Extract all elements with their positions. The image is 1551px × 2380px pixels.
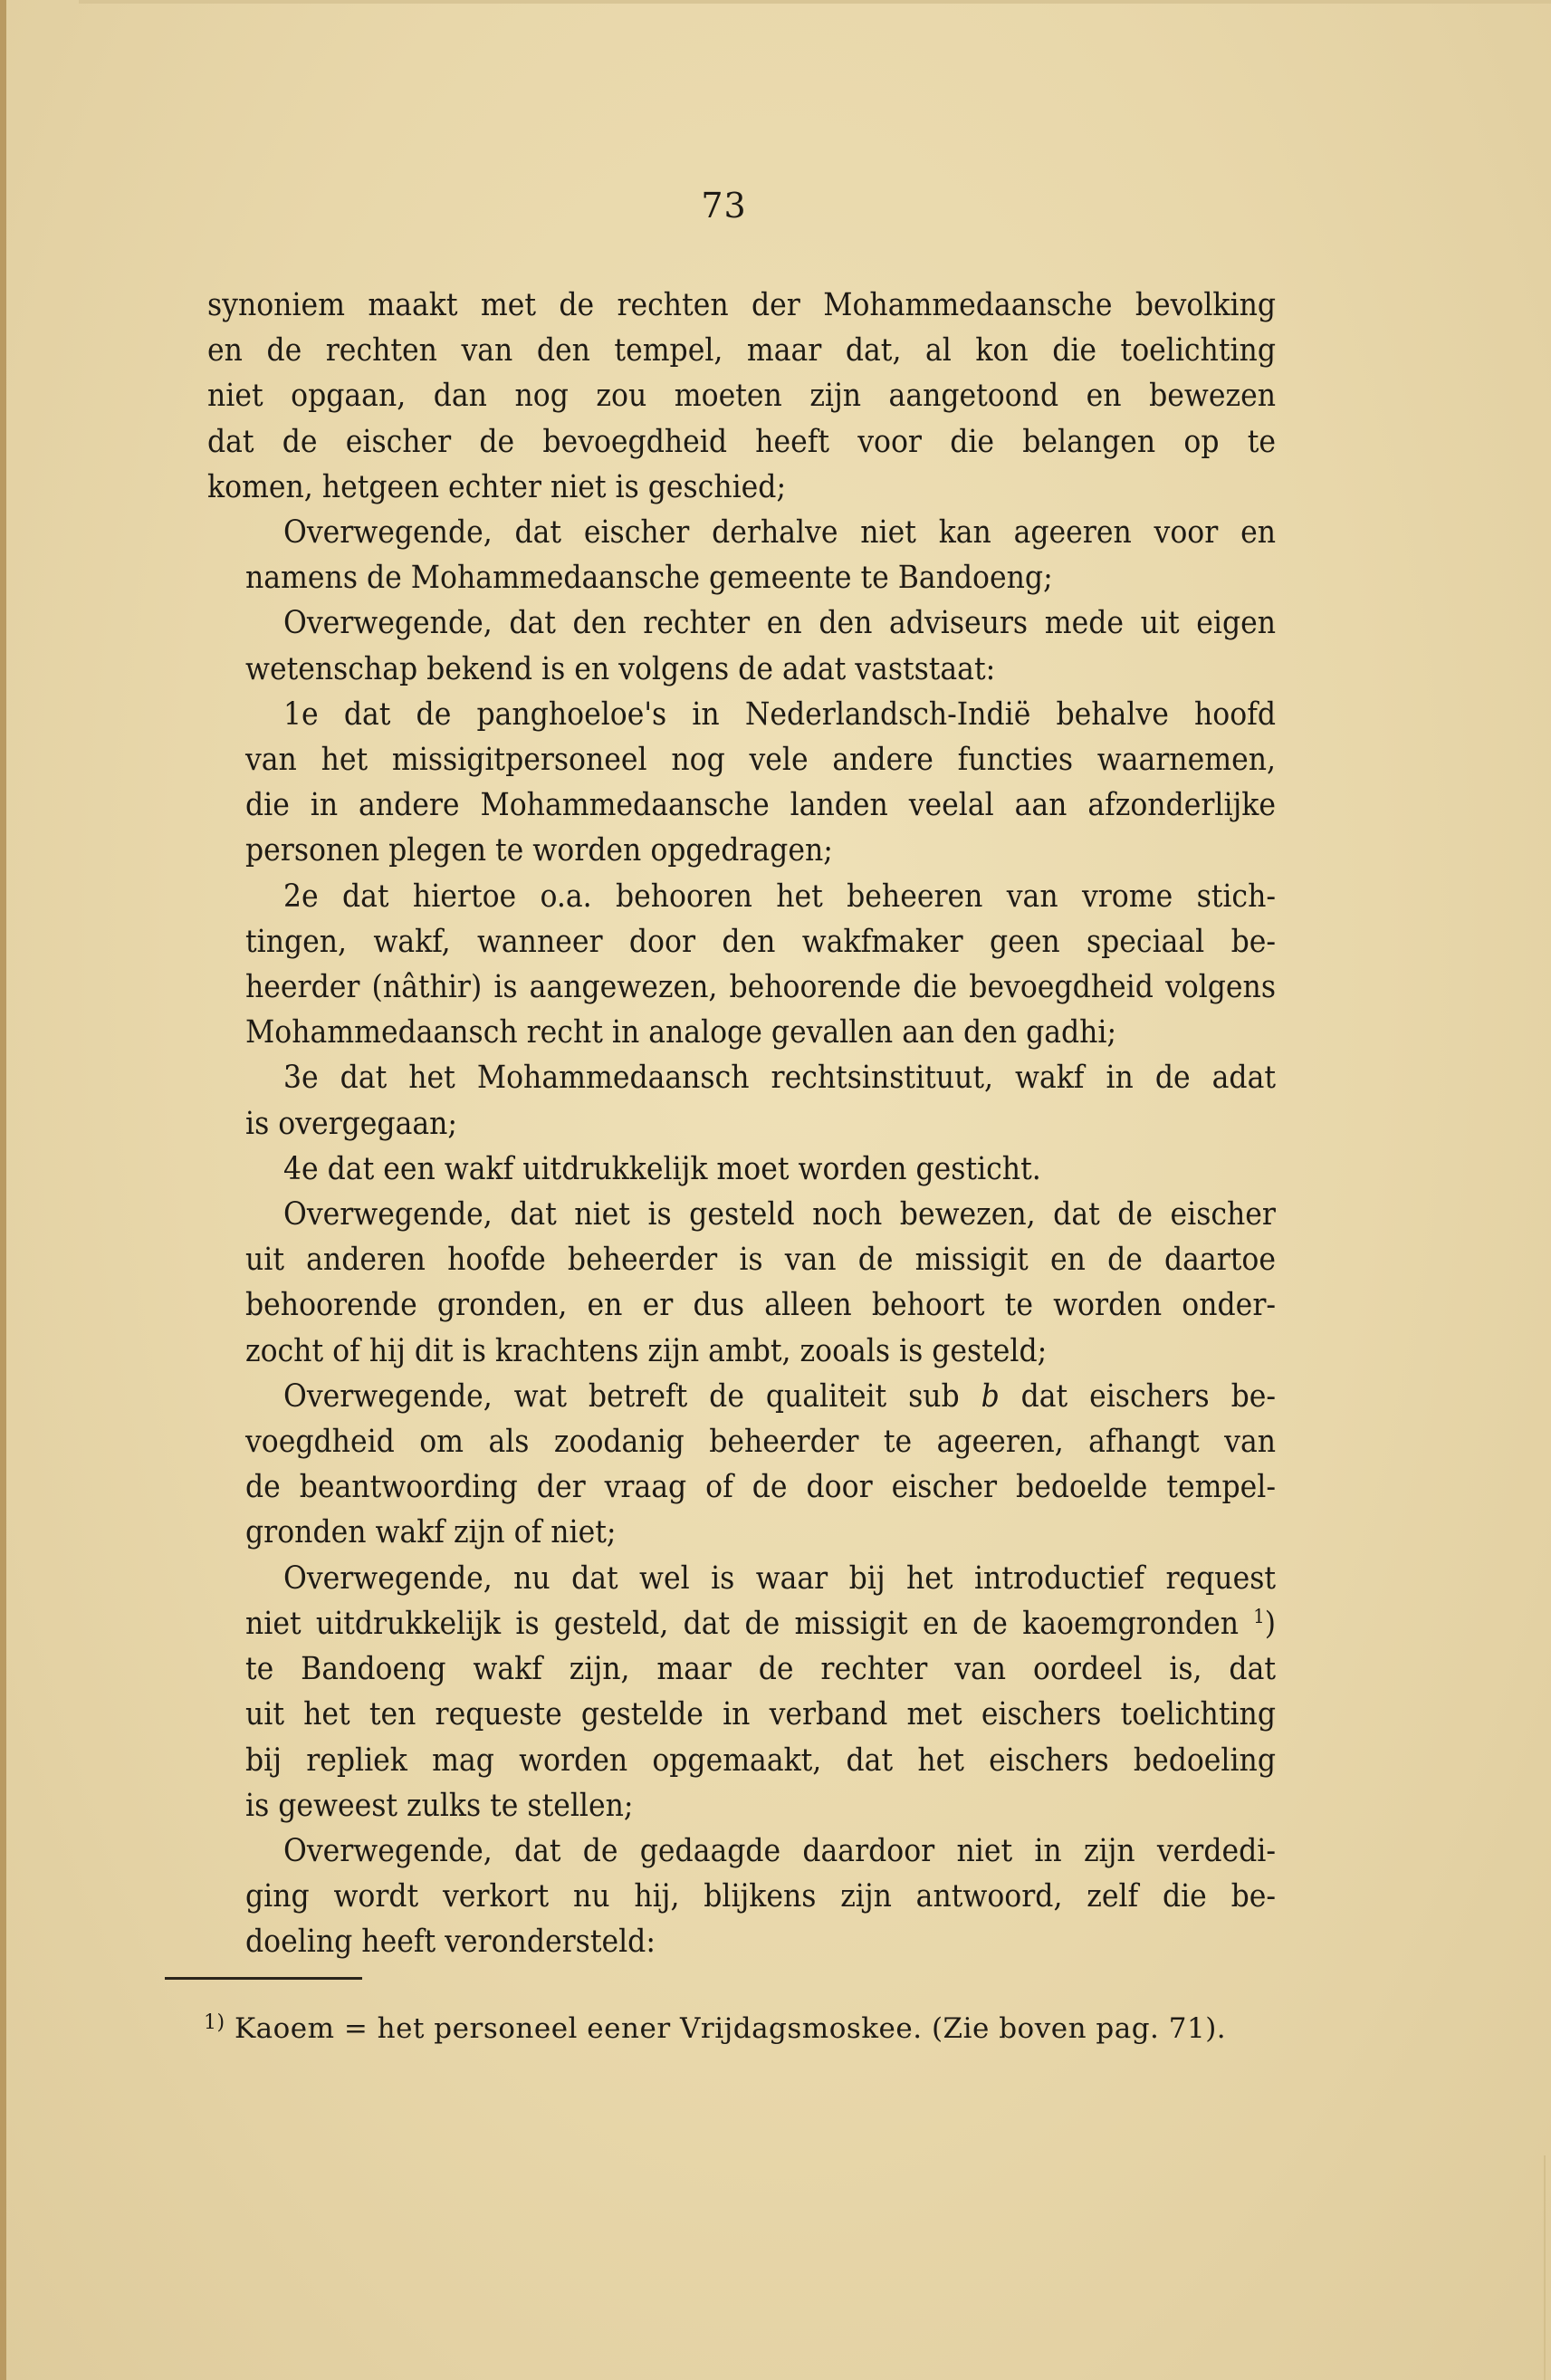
text-line: de beantwoording der vraag of de door ei… bbox=[207, 1464, 1276, 1510]
paragraph: Overwegende, dat den rechter en den advi… bbox=[207, 600, 1276, 691]
page-number: 73 bbox=[6, 186, 1441, 226]
paragraph: synoniem maakt met de rechten der Mohamm… bbox=[207, 283, 1276, 510]
text-line: 2e dat hiertoe o.a. behooren het beheere… bbox=[207, 874, 1276, 919]
text-line: 1e dat de panghoeloe's in Nederlandsch-I… bbox=[207, 692, 1276, 737]
text-line: is overgegaan; bbox=[207, 1101, 1276, 1147]
text-line: bij repliek mag worden opgemaakt, dat he… bbox=[207, 1738, 1276, 1783]
text-line: namens de Mohammedaansche gemeente te Ba… bbox=[207, 555, 1276, 600]
book-page: 73 synoniem maakt met de rechten der Moh… bbox=[0, 0, 1551, 2380]
text-line: dat de eischer de bevoegdheid heeft voor… bbox=[207, 419, 1276, 465]
text-line: synoniem maakt met de rechten der Mohamm… bbox=[207, 283, 1276, 328]
footnote-text: Kaoem = het personeel eener Vrijdagsmosk… bbox=[235, 2012, 1226, 2045]
paragraph: Overwegende, dat de gedaagde daardoor ni… bbox=[207, 1828, 1276, 1965]
footnote: 1) Kaoem = het personeel eener Vrijdagsm… bbox=[204, 2005, 1281, 2047]
text-line: die in andere Mohammedaansche landen vee… bbox=[207, 782, 1276, 828]
text-line: niet opgaan, dan nog zou moeten zijn aan… bbox=[207, 373, 1276, 418]
paragraph: 2e dat hiertoe o.a. behooren het beheere… bbox=[207, 874, 1276, 1056]
body-text: synoniem maakt met de rechten der Mohamm… bbox=[207, 283, 1276, 1965]
text-line: voegdheid om als zoodanig beheerder te a… bbox=[207, 1419, 1276, 1464]
text-line: wetenschap bekend is en volgens de adat … bbox=[207, 647, 1276, 692]
paragraph: Overwegende, dat eischer derhalve niet k… bbox=[207, 510, 1276, 600]
page-right-edge bbox=[1544, 2155, 1546, 2380]
text-line: Overwegende, dat eischer derhalve niet k… bbox=[207, 510, 1276, 555]
text-line: Overwegende, dat den rechter en den advi… bbox=[207, 600, 1276, 646]
text-line: niet uitdrukkelijk is gesteld, dat de mi… bbox=[207, 1601, 1276, 1646]
text-line: 3e dat het Mohammedaansch rechtsinstituu… bbox=[207, 1055, 1276, 1100]
text-line: personen plegen te worden opgedragen; bbox=[207, 828, 1276, 873]
paragraph: Overwegende, nu dat wel is waar bij het … bbox=[207, 1556, 1276, 1828]
text-line: van het missigitpersoneel nog vele ander… bbox=[207, 737, 1276, 782]
paragraph: Overwegende, wat betreft de qualiteit su… bbox=[207, 1374, 1276, 1556]
page-top-edge bbox=[79, 0, 1551, 4]
text-line: komen, hetgeen echter niet is geschied; bbox=[207, 465, 1276, 510]
paragraph: 4e dat een wakf uitdrukkelijk moet worde… bbox=[207, 1147, 1276, 1192]
text-line: doeling heeft verondersteld: bbox=[207, 1919, 1276, 1964]
text-line: uit anderen hoofde beheerder is van de m… bbox=[207, 1237, 1276, 1282]
paragraph: Overwegende, dat niet is gesteld noch be… bbox=[207, 1192, 1276, 1374]
text-line: gronden wakf zijn of niet; bbox=[207, 1510, 1276, 1555]
text-line: heerder (nâthir) is aangewezen, behooren… bbox=[207, 964, 1276, 1010]
footnote-marker: 1) bbox=[204, 2011, 225, 2034]
text-line: zocht of hij dit is krachtens zijn ambt,… bbox=[207, 1329, 1276, 1374]
text-line: Overwegende, dat de gedaagde daardoor ni… bbox=[207, 1828, 1276, 1874]
text-line: is geweest zulks te stellen; bbox=[207, 1783, 1276, 1828]
text-line: te Bandoeng wakf zijn, maar de rechter v… bbox=[207, 1646, 1276, 1692]
text-line: tingen, wakf, wanneer door den wakfmaker… bbox=[207, 919, 1276, 964]
text-line: Overwegende, wat betreft de qualiteit su… bbox=[207, 1374, 1276, 1419]
paragraph: 1e dat de panghoeloe's in Nederlandsch-I… bbox=[207, 692, 1276, 874]
text-line: 4e dat een wakf uitdrukkelijk moet worde… bbox=[207, 1147, 1276, 1192]
text-line: uit het ten requeste gestelde in verband… bbox=[207, 1692, 1276, 1737]
text-line: en de rechten van den tempel, maar dat, … bbox=[207, 328, 1276, 373]
text-line: behoorende gronden, en er dus alleen beh… bbox=[207, 1282, 1276, 1328]
text-line: Overwegende, nu dat wel is waar bij het … bbox=[207, 1556, 1276, 1601]
text-line: ging wordt verkort nu hij, blijkens zijn… bbox=[207, 1874, 1276, 1919]
paragraph: 3e dat het Mohammedaansch rechtsinstituu… bbox=[207, 1055, 1276, 1146]
text-line: Mohammedaansch recht in analoge gevallen… bbox=[207, 1010, 1276, 1055]
text-line: Overwegende, dat niet is gesteld noch be… bbox=[207, 1192, 1276, 1237]
footnote-divider bbox=[165, 1977, 362, 1980]
